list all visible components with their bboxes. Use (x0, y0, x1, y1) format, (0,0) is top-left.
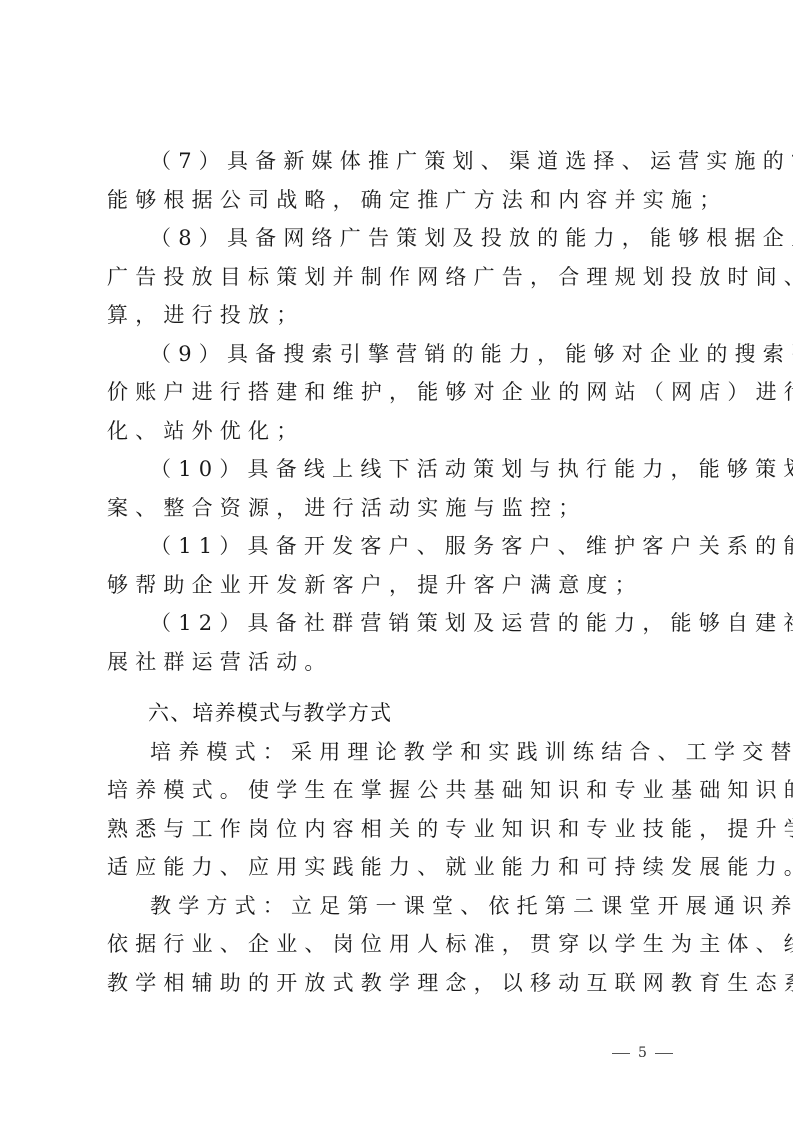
document-page: （7）具备新媒体推广策划、渠道选择、运营实施的能力， 能够根据公司战略，确定推广… (0, 0, 793, 1122)
page-footer: 5 (612, 1044, 673, 1062)
item-12-line-1: （12）具备社群营销策划及运营的能力，能够自建社群并开 (150, 608, 750, 638)
section-heading: 六、培养模式与教学方式 (148, 698, 392, 728)
page-number: 5 (638, 1044, 647, 1062)
teaching-method-line-1: 教学方式：立足第一课堂、依托第二课堂开展通识养成教育； (150, 891, 750, 921)
item-7-line-2: 能够根据公司战略，确定推广方法和内容并实施； (107, 185, 707, 215)
item-8-line-1: （8）具备网络广告策划及投放的能力，能够根据企业网络 (150, 223, 750, 253)
training-mode-line-2: 培养模式。使学生在掌握公共基础知识和专业基础知识的基础上， (107, 775, 707, 805)
dash-right (655, 1053, 673, 1054)
item-9-line-3: 化、站外优化； (107, 416, 707, 446)
item-12-line-2: 展社群运营活动。 (107, 647, 707, 677)
dash-left (612, 1053, 630, 1054)
teaching-method-line-3: 教学相辅助的开放式教学理念，以移动互联网教育生态系统、职 (107, 968, 707, 998)
teaching-method-line-2: 依据行业、企业、岗位用人标准，贯穿以学生为主体、线下线上 (107, 929, 707, 959)
item-11-line-2: 够帮助企业开发新客户，提升客户满意度； (107, 570, 707, 600)
item-10-line-1: （10）具备线上线下活动策划与执行能力，能够策划活动方 (150, 454, 750, 484)
training-mode-line-1: 培养模式：采用理论教学和实践训练结合、工学交替相辅助 (150, 737, 750, 767)
item-8-line-3: 算，进行投放； (107, 300, 707, 330)
item-11-line-1: （11）具备开发客户、服务客户、维护客户关系的能力，能 (150, 531, 750, 561)
training-mode-line-3: 熟悉与工作岗位内容相关的专业知识和专业技能，提升学生专业 (107, 814, 707, 844)
item-9-line-1: （9）具备搜索引擎营销的能力，能够对企业的搜索引擎竞 (150, 339, 750, 369)
item-7-line-1: （7）具备新媒体推广策划、渠道选择、运营实施的能力， (150, 146, 750, 176)
item-8-line-2: 广告投放目标策划并制作网络广告，合理规划投放时间、资金预 (107, 262, 707, 292)
item-9-line-2: 价账户进行搭建和维护，能够对企业的网站（网店）进行站内优 (107, 377, 707, 407)
training-mode-line-4: 适应能力、应用实践能力、就业能力和可持续发展能力。 (107, 852, 707, 882)
item-10-line-2: 案、整合资源，进行活动实施与监控； (107, 493, 707, 523)
